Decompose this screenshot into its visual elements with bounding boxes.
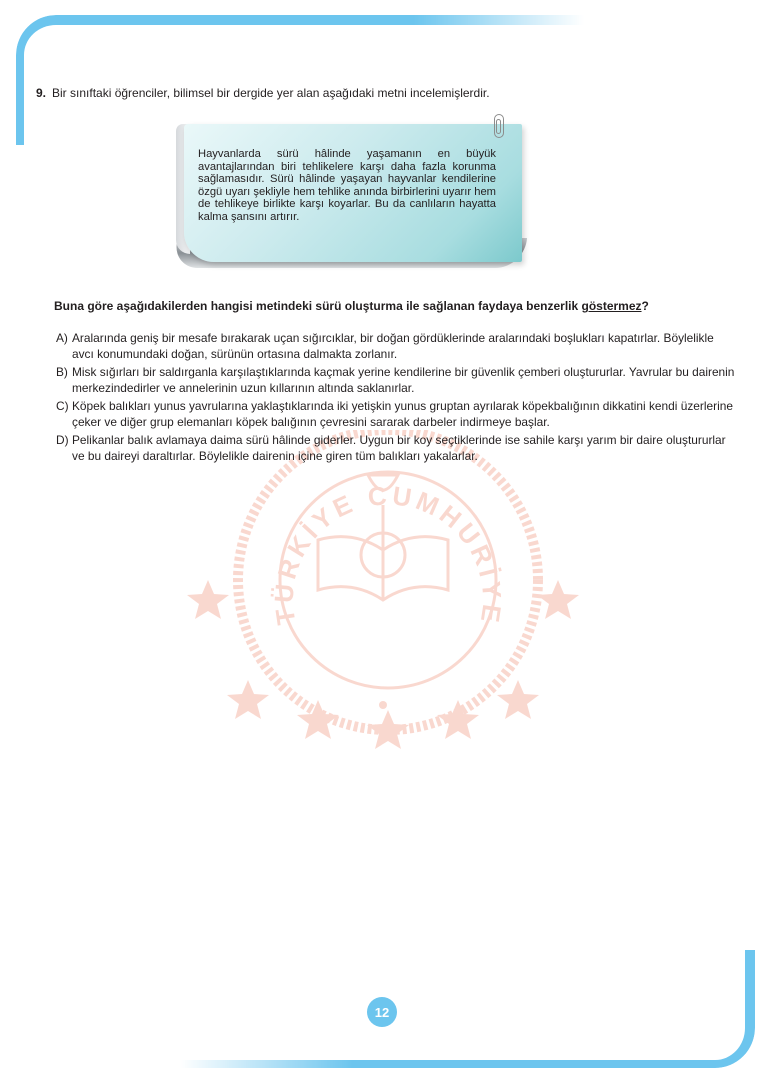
option-text: Köpek balıkları yunus yavrularına yaklaş… xyxy=(72,399,733,429)
question-intro: 9.Bir sınıftaki öğrenciler, bilimsel bir… xyxy=(36,86,490,100)
ministry-seal-watermark: TÜRKİYE CUMHURİYETİ MİLLÎ EĞİTİM BAKANLI… xyxy=(178,430,598,750)
option-text: Aralarında geniş bir mesafe bırakarak uç… xyxy=(72,331,714,361)
page-frame-bottom xyxy=(180,950,755,1068)
question-stem: Buna göre aşağıdakilerden hangisi metind… xyxy=(54,299,649,313)
note-text: Hayvanlarda sürü hâlinde yaşamanın en bü… xyxy=(198,148,496,224)
option-letter: D) xyxy=(56,433,69,449)
option-letter: B) xyxy=(56,365,68,381)
question-number: 9. xyxy=(36,86,46,100)
stem-emphasis: göstermez xyxy=(582,299,642,313)
page-number-badge: 12 xyxy=(367,997,397,1027)
answer-options: A) Aralarında geniş bir mesafe bırakarak… xyxy=(56,331,736,467)
option-d[interactable]: D) Pelikanlar balık avlamaya daima sürü … xyxy=(56,433,736,464)
option-text: Misk sığırları bir saldırganla karşılaşt… xyxy=(72,365,734,395)
option-c[interactable]: C) Köpek balıkları yunus yavrularına yak… xyxy=(56,399,736,430)
option-text: Pelikanlar balık avlamaya daima sürü hâl… xyxy=(72,433,726,463)
option-letter: A) xyxy=(56,331,68,347)
question-intro-text: Bir sınıftaki öğrenciler, bilimsel bir d… xyxy=(52,86,490,100)
paperclip-icon xyxy=(494,114,504,138)
option-b[interactable]: B) Misk sığırları bir saldırganla karşıl… xyxy=(56,365,736,396)
option-a[interactable]: A) Aralarında geniş bir mesafe bırakarak… xyxy=(56,331,736,362)
option-letter: C) xyxy=(56,399,69,415)
